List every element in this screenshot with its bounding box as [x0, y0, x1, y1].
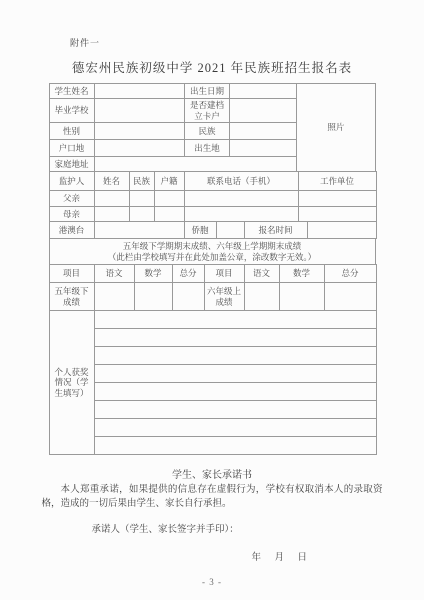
photo-cell: 照片: [297, 84, 375, 172]
awards-line: [94, 311, 376, 329]
home-address-label: 家庭地址: [49, 157, 94, 172]
mother-phone-value: [184, 207, 298, 222]
awards-table: 个人获奖情况（学生填写）: [49, 310, 377, 455]
grade6-chinese-value: [244, 283, 279, 311]
scores-header-table: 五年级下学期期末成绩、六年级上学期期末成绩 （此栏由学校填写并在此处加盖公章，涂…: [49, 238, 376, 265]
mother-ethnicity-value: [129, 207, 154, 222]
gender-value: [94, 123, 184, 140]
awards-line: [94, 419, 376, 437]
pledge-title: 学生、家长承诺书: [40, 466, 385, 481]
scores-header-line1: 五年级下学期期末成绩、六年级上学期期末成绩: [51, 241, 374, 251]
scores-col-math2: 数学: [279, 265, 324, 283]
grade6-math-value: [279, 283, 324, 311]
guardian-name-header: 姓名: [94, 172, 129, 191]
awards-line: [94, 383, 376, 401]
student-name-value: [94, 84, 184, 99]
father-workunit-value: [298, 191, 376, 207]
father-name-value: [94, 191, 129, 207]
guardian-ethnicity-header: 民族: [129, 172, 154, 191]
hk-macao-taiwan-label: 港澳台: [49, 222, 94, 239]
scores-col-item2: 项目: [204, 265, 244, 283]
overseas-chinese-value: [216, 222, 244, 239]
attachment-label: 附件一: [70, 36, 424, 49]
scores-col-total1: 总分: [172, 265, 204, 283]
home-address-value: [94, 157, 297, 172]
guardian-registry-header: 户籍: [154, 172, 184, 191]
registration-time-label: 报名时间: [244, 222, 307, 239]
father-ethnicity-value: [129, 191, 154, 207]
scores-col-chinese2: 语文: [244, 265, 279, 283]
gender-label: 性别: [49, 123, 94, 140]
grade5-total-value: [172, 283, 204, 311]
hk-macao-taiwan-value: [94, 222, 184, 239]
father-phone-value: [184, 191, 298, 207]
scores-header-cell: 五年级下学期期末成绩、六年级上学期期末成绩 （此栏由学校填写并在此处加盖公章，涂…: [49, 239, 375, 265]
awards-line: [94, 437, 376, 455]
guardian-label: 监护人: [49, 172, 94, 191]
mother-label: 母亲: [49, 207, 94, 222]
mother-name-value: [94, 207, 129, 222]
birth-date-label: 出生日期: [184, 84, 229, 99]
father-registry-value: [154, 191, 184, 207]
birth-date-value: [230, 84, 297, 99]
scores-col-item1: 项目: [49, 265, 94, 283]
awards-line: [94, 401, 376, 419]
student-name-label: 学生姓名: [49, 84, 94, 99]
pledge-date-line: 年 月 日: [252, 549, 385, 563]
awards-line: [94, 329, 376, 347]
birthplace-value: [230, 140, 297, 157]
grade5-row-label: 五年级下成绩: [49, 283, 94, 311]
guardian-phone-header: 联系电话（手机）: [184, 172, 298, 191]
household-label: 户口地: [49, 140, 94, 157]
pledge-section: 学生、家长承诺书 本人郑重承诺，如果提供的信息存在虚假行为，学校有权取消本人的录…: [40, 466, 385, 563]
grade6-row-label: 六年级上成绩: [204, 283, 244, 311]
ethnicity-label: 民族: [184, 123, 229, 140]
scores-col-total2: 总分: [324, 265, 376, 283]
pledge-signer-label: 承诺人（学生、家长签字并手印）：: [92, 521, 385, 535]
poverty-registered-value: [230, 99, 297, 123]
scores-header-line2: （此栏由学校填写并在此处加盖公章，涂改数字无效。）: [51, 252, 374, 262]
page-number: - 3 -: [0, 577, 424, 587]
poverty-registered-label: 是否建档立卡户: [184, 99, 229, 123]
grade5-math-value: [134, 283, 172, 311]
overseas-chinese-label: 侨胞: [184, 222, 216, 239]
graduate-school-value: [94, 99, 184, 123]
pledge-body: 本人郑重承诺，如果提供的信息存在虚假行为，学校有权取消本人的录取资格，造成的一切…: [42, 484, 383, 512]
awards-label: 个人获奖情况（学生填写）: [49, 311, 94, 455]
ethnicity-value: [230, 123, 297, 140]
page-title: 德宏州民族初级中学 2021 年民族班招生报名表: [0, 58, 424, 76]
overseas-table: 港澳台 侨胞 报名时间: [49, 221, 377, 239]
registration-form-table: 学生姓名 出生日期 照片 毕业学校 是否建档立卡户 性别 民族 户口地: [49, 83, 376, 455]
awards-line: [94, 347, 376, 365]
guardian-workunit-header: 工作单位: [298, 172, 376, 191]
basic-info-table: 学生姓名 出生日期 照片 毕业学校 是否建档立卡户 性别 民族 户口地: [49, 83, 376, 172]
household-value: [94, 140, 184, 157]
grade6-total-value: [324, 283, 376, 311]
father-label: 父亲: [49, 191, 94, 207]
document-page: 附件一 德宏州民族初级中学 2021 年民族班招生报名表 学生姓名 出生日期 照…: [0, 0, 424, 600]
guardian-table: 监护人 姓名 民族 户籍 联系电话（手机） 工作单位 父亲 母亲: [49, 171, 377, 222]
mother-registry-value: [154, 207, 184, 222]
registration-time-value: [307, 222, 376, 239]
grade5-chinese-value: [94, 283, 134, 311]
scores-table: 项目 语文 数学 总分 项目 语文 数学 总分 五年级下成绩 六年级上成绩: [49, 264, 377, 311]
scores-col-math1: 数学: [134, 265, 172, 283]
graduate-school-label: 毕业学校: [49, 99, 94, 123]
birthplace-label: 出生地: [184, 140, 229, 157]
awards-line: [94, 365, 376, 383]
mother-workunit-value: [298, 207, 376, 222]
scores-col-chinese1: 语文: [94, 265, 134, 283]
